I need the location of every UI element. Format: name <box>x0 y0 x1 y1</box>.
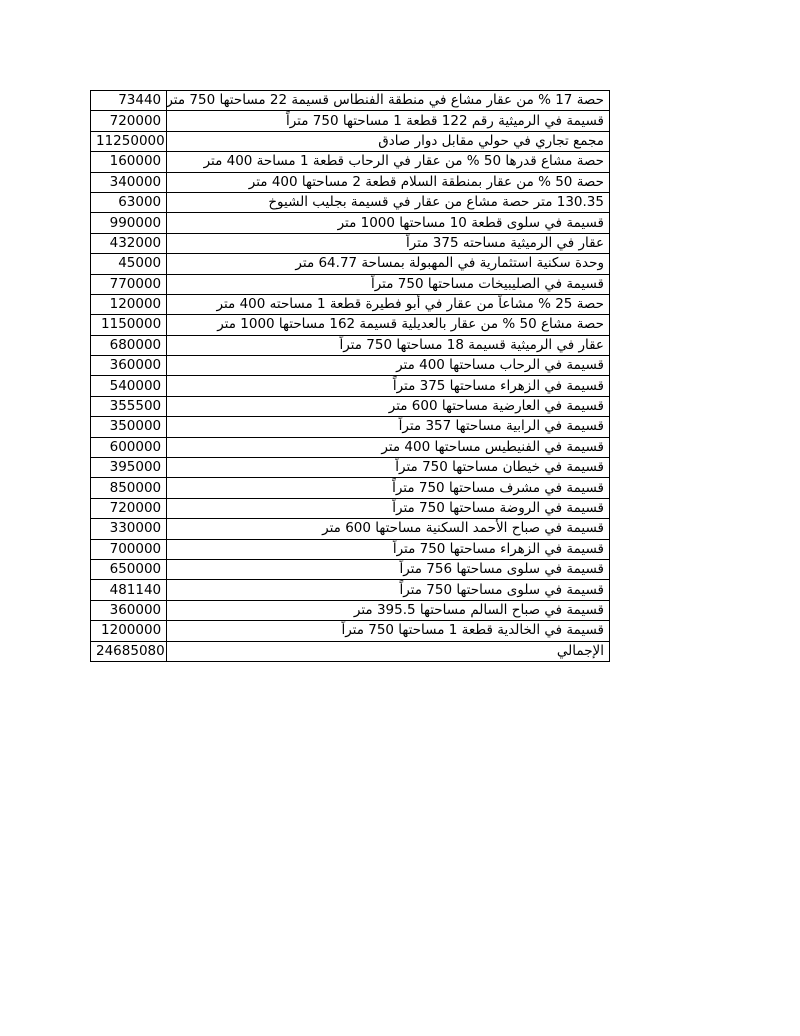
table-row: قسيمة في سلوى مساحتها 756 متراً 650000 <box>91 559 610 579</box>
row-description: عقار في الرميثية قسيمة 18 مساحتها 750 مت… <box>167 335 610 355</box>
table-row: قسيمة في الزهراء مساحتها 375 متراً 54000… <box>91 376 610 396</box>
properties-values-table: حصة 17 % من عقار مشاع في منطقة الفنطاس ق… <box>90 90 610 662</box>
row-description: قسيمة في سلوى مساحتها 756 متراً <box>167 559 610 579</box>
table-row: 130.35 متر حصة مشاع من عقار في قسيمة بجل… <box>91 192 610 212</box>
row-description: 130.35 متر حصة مشاع من عقار في قسيمة بجل… <box>167 192 610 212</box>
table-row: قسيمة في الرميثية رقم 122 قطعة 1 مساحتها… <box>91 111 610 131</box>
table-row: حصة مشاع 50 % من عقار بالعديلية قسيمة 16… <box>91 315 610 335</box>
row-description: قسيمة في الروضة مساحتها 750 متراً <box>167 498 610 518</box>
table-row: عقار في الرميثية قسيمة 18 مساحتها 750 مت… <box>91 335 610 355</box>
row-value: 700000 <box>91 539 167 559</box>
row-value: 11250000 <box>91 131 167 151</box>
table-row: قسيمة في خيطان مساحتها 750 متراً 395000 <box>91 458 610 478</box>
row-description: حصة مشاع قدرها 50 % من عقار في الرحاب قط… <box>167 152 610 172</box>
row-description: حصة 17 % من عقار مشاع في منطقة الفنطاس ق… <box>167 91 610 111</box>
row-value: 160000 <box>91 152 167 172</box>
table-row: قسيمة في الزهراء مساحتها 750 متراً 70000… <box>91 539 610 559</box>
row-value: 850000 <box>91 478 167 498</box>
row-value: 120000 <box>91 294 167 314</box>
table-row: قسيمة في مشرف مساحتها 750 متراً 850000 <box>91 478 610 498</box>
row-value: 720000 <box>91 111 167 131</box>
table-row: قسيمة في سلوى مساحتها 750 متراً 481140 <box>91 580 610 600</box>
table-row: قسيمة في الخالدية قطعة 1 مساحتها 750 متر… <box>91 621 610 641</box>
row-value: 1200000 <box>91 621 167 641</box>
table-row: وحدة سكنية استثمارية في المهبولة بمساحة … <box>91 254 610 274</box>
row-description: قسيمة في صباح الأحمد السكنية مساحتها 600… <box>167 519 610 539</box>
row-value: 990000 <box>91 213 167 233</box>
table-row: قسيمة في الفنيطيس مساحتها 400 متر 600000 <box>91 437 610 457</box>
row-description: قسيمة في الزهراء مساحتها 750 متراً <box>167 539 610 559</box>
row-value: 1150000 <box>91 315 167 335</box>
row-description: الإجمالي <box>167 641 610 661</box>
row-description: قسيمة في الرحاب مساحتها 400 متر <box>167 356 610 376</box>
table-row: حصة مشاع قدرها 50 % من عقار في الرحاب قط… <box>91 152 610 172</box>
row-description: حصة 50 % من عقار بمنطقة السلام قطعة 2 مس… <box>167 172 610 192</box>
row-value: 330000 <box>91 519 167 539</box>
row-description: قسيمة في الزهراء مساحتها 375 متراً <box>167 376 610 396</box>
row-value: 540000 <box>91 376 167 396</box>
table-row: قسيمة في الروضة مساحتها 750 متراً 720000 <box>91 498 610 518</box>
row-value: 73440 <box>91 91 167 111</box>
row-description: قسيمة في الصليبيخات مساحتها 750 متراً <box>167 274 610 294</box>
row-description: قسيمة في الرابية مساحتها 357 متراً <box>167 417 610 437</box>
row-value: 350000 <box>91 417 167 437</box>
row-value: 360000 <box>91 600 167 620</box>
table-row: قسيمة في الصليبيخات مساحتها 750 متراً 77… <box>91 274 610 294</box>
table-row: قسيمة في صباح السالم مساحتها 395.5 متر 3… <box>91 600 610 620</box>
row-value: 395000 <box>91 458 167 478</box>
table-row: حصة 17 % من عقار مشاع في منطقة الفنطاس ق… <box>91 91 610 111</box>
row-value: 340000 <box>91 172 167 192</box>
row-value: 770000 <box>91 274 167 294</box>
row-description: حصة 25 % مشاعاً من عقار في أبو فطيرة قطع… <box>167 294 610 314</box>
row-description: قسيمة في الفنيطيس مساحتها 400 متر <box>167 437 610 457</box>
row-description: قسيمة في خيطان مساحتها 750 متراً <box>167 458 610 478</box>
row-value: 600000 <box>91 437 167 457</box>
row-value: 432000 <box>91 233 167 253</box>
total-row: الإجمالي 24685080 <box>91 641 610 661</box>
row-value: 63000 <box>91 192 167 212</box>
row-description: وحدة سكنية استثمارية في المهبولة بمساحة … <box>167 254 610 274</box>
row-description: عقار في الرميثية مساحته 375 متراً <box>167 233 610 253</box>
row-value: 360000 <box>91 356 167 376</box>
row-description: مجمع تجاري في حولي مقابل دوار صادق <box>167 131 610 151</box>
row-value: 24685080 <box>91 641 167 661</box>
row-value: 481140 <box>91 580 167 600</box>
row-value: 45000 <box>91 254 167 274</box>
table-row: قسيمة في صباح الأحمد السكنية مساحتها 600… <box>91 519 610 539</box>
table-row: قسيمة في الرحاب مساحتها 400 متر 360000 <box>91 356 610 376</box>
row-description: قسيمة في سلوى مساحتها 750 متراً <box>167 580 610 600</box>
row-value: 680000 <box>91 335 167 355</box>
document-page: حصة 17 % من عقار مشاع في منطقة الفنطاس ق… <box>90 90 610 662</box>
row-value: 650000 <box>91 559 167 579</box>
table-row: قسيمة في سلوى قطعة 10 مساحتها 1000 متر 9… <box>91 213 610 233</box>
row-description: قسيمة في الخالدية قطعة 1 مساحتها 750 متر… <box>167 621 610 641</box>
row-description: حصة مشاع 50 % من عقار بالعديلية قسيمة 16… <box>167 315 610 335</box>
row-description: قسيمة في صباح السالم مساحتها 395.5 متر <box>167 600 610 620</box>
row-description: قسيمة في مشرف مساحتها 750 متراً <box>167 478 610 498</box>
table-row: حصة 50 % من عقار بمنطقة السلام قطعة 2 مس… <box>91 172 610 192</box>
table-body: حصة 17 % من عقار مشاع في منطقة الفنطاس ق… <box>91 91 610 662</box>
row-description: قسيمة في الرميثية رقم 122 قطعة 1 مساحتها… <box>167 111 610 131</box>
table-row: حصة 25 % مشاعاً من عقار في أبو فطيرة قطع… <box>91 294 610 314</box>
row-description: قسيمة في سلوى قطعة 10 مساحتها 1000 متر <box>167 213 610 233</box>
row-value: 355500 <box>91 396 167 416</box>
row-description: قسيمة في العارضية مساحتها 600 متر <box>167 396 610 416</box>
table-row: قسيمة في العارضية مساحتها 600 متر 355500 <box>91 396 610 416</box>
row-value: 720000 <box>91 498 167 518</box>
table-row: عقار في الرميثية مساحته 375 متراً 432000 <box>91 233 610 253</box>
table-row: قسيمة في الرابية مساحتها 357 متراً 35000… <box>91 417 610 437</box>
table-row: مجمع تجاري في حولي مقابل دوار صادق 11250… <box>91 131 610 151</box>
